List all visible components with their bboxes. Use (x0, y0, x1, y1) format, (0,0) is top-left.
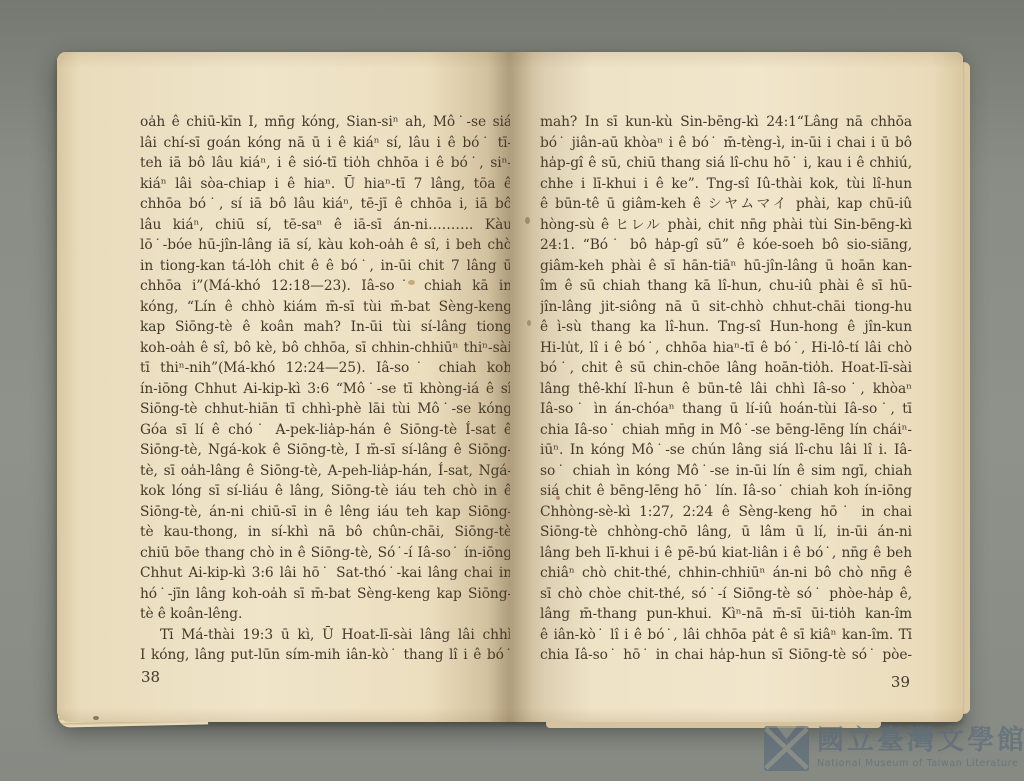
watermark-title-zh: 國立臺灣文學館 (817, 725, 1024, 757)
text-line: Siōng-tè chhut-hiān tī chhì-phè lāi tùi … (140, 399, 512, 420)
text-line: bó˙ jiân-aū khòaⁿ i ê bó˙ m̄-tèng-ì, in-… (540, 133, 912, 154)
text-line: lō˙-bóe hū-jîn-lâng iā sí, kàu koh-oa̍h … (140, 235, 512, 256)
text-line: lâi chí-sī goán kóng nā ū i ê kiáⁿ sí, l… (140, 133, 512, 154)
nmtl-watermark: 國立臺灣文學館 National Museum of Taiwan Litera… (764, 725, 1024, 772)
nmtl-watermark-text: 國立臺灣文學館 National Museum of Taiwan Litera… (817, 725, 1024, 769)
text-line: chhōa i”(Má-khó 12:18—23). Iâ-so˙ chiah … (140, 276, 512, 297)
text-line: 24:1. “Bó˙ bô ha̍p-gî sū” ê kóe-soeh bô … (540, 235, 912, 256)
text-line: tè kau-thong, in sí-khì nā bô chûn-chāi,… (140, 522, 512, 543)
text-line: Siōng-tè chhòng-chō lâng, ū lâm ū lí, in… (540, 522, 912, 543)
text-line: îm ê sū chiah thang kā lî-hun, chu-iû ph… (540, 276, 912, 297)
page-38: oa̍h ê chiū-kīn I, mn̄g kóng, Sian-siⁿ a… (57, 52, 510, 722)
text-line: sī chò chòe chit-thé, só˙-í Siōng-tè só˙… (540, 584, 912, 605)
text-line: tè, sī oa̍h-lâng ê Siōng-tè, A-peh-lia̍p… (140, 461, 512, 482)
page-number-38: 38 (141, 668, 160, 686)
text-line: tè ê koân-lêng. (140, 604, 512, 625)
text-line: ín-iōng Chhut Ai-kip-kì 3:6 “Mô˙-se tī k… (140, 379, 512, 400)
text-line: lâng m̄-thang pun-khui. Kìⁿ-nā m̄-sī ūi-… (540, 604, 912, 625)
text-line: chiū bōe thang chò in ê Siōng-tè, Só˙-í … (140, 543, 512, 564)
text-line: tī thiⁿ-nih”(Má-khó 12:24—25). Iâ-so˙ ch… (140, 358, 512, 379)
text-line: lâu kiáⁿ, chiū sí, tē-saⁿ ê iā-sī án-ni…… (140, 215, 512, 236)
text-line: Chhòng-sè-kì 1:27, 2:24 ê Sèng-keng hō˙ … (540, 502, 912, 523)
page-number-39: 39 (891, 673, 910, 691)
text-line: in tiong-kan tá-lo̍h chit ê ê bó˙, in-ūi… (140, 256, 512, 277)
text-line: lâng beh lī-khui i ê pē-bú kiat-liân i ê… (540, 543, 912, 564)
text-line: ê būn-tê ū giâm-keh ê シヤムマイ phài, kap ch… (540, 194, 912, 215)
photograph-background: oa̍h ê chiū-kīn I, mn̄g kóng, Sian-siⁿ a… (0, 0, 1024, 781)
text-line: lâng thê-khí lî-hun ê būn-tê lâi chhì Iâ… (540, 379, 912, 400)
text-line: Siōng-tè, án-ni chiū-sī in ê lêng iáu te… (140, 502, 512, 523)
page-38-text: oa̍h ê chiū-kīn I, mn̄g kóng, Sian-siⁿ a… (140, 112, 512, 666)
text-line: oa̍h ê chiū-kīn I, mn̄g kóng, Sian-siⁿ a… (140, 112, 512, 133)
text-line: giâm-keh phài ê sī hān-tiāⁿ hū-jîn-lâng … (540, 256, 912, 277)
text-line: mah? In sī kun-kù Sin-bēng-kì 24:1“Lâng … (540, 112, 912, 133)
text-line: siá chit ê bēng-lēng hō˙ lín. Iâ-so˙ chi… (540, 481, 912, 502)
text-line: ha̍p-gî ê sū, chiū thang siá lî-chu hō˙ … (540, 153, 912, 174)
text-line: chiâⁿ chò chit-thé, chhin-chhiūⁿ án-ni b… (540, 563, 912, 584)
text-line: iūⁿ. In kóng Mô˙-se chún lâng siá lî-chu… (540, 440, 912, 461)
nmtl-logo-icon (764, 725, 809, 772)
text-line: koh-oa̍h ê sî, bô kè, bô chhōa, sī chhin… (140, 338, 512, 359)
text-line: jîn-lâng jit-siông nā ū sit-chhò chhut-c… (540, 297, 912, 318)
text-line: kok lóng sī sí-liáu ê lâng, Siōng-tè iáu… (140, 481, 512, 502)
text-line: hó˙-jīn lâng koh-oa̍h sī m̄-bat Sèng-ken… (140, 584, 512, 605)
text-line: chhe i lī-khui i ê ke”. Tng-sî Iû-thài k… (540, 174, 912, 195)
text-line: Iâ-so˙ ìn án-chóaⁿ thang ū lí-iû hoán-tù… (540, 399, 912, 420)
text-line: teh iā bô lâu kiáⁿ, i ê sió-tī tio̍h chh… (140, 153, 512, 174)
text-line: Chhut Ai-kip-kì 3:6 lâi hō˙ Sat-thó˙-kai… (140, 563, 512, 584)
text-line: Hi-lu̍t, lî i ê bó˙, chhōa hiaⁿ-tī ê bó˙… (540, 338, 912, 359)
text-line: chhōa bó˙, sí iā bô lâu kiáⁿ, tē-jī ê ch… (140, 194, 512, 215)
text-line: kóng, “Lín ê chhò kiám m̄-sī tùi m̄-bat … (140, 297, 512, 318)
text-line: chia Iâ-so˙ hō˙ in chai ha̍p-hun sī Siōn… (540, 645, 912, 666)
text-line: chia Iâ-so˙ chiah mn̄g in Mô˙-se bēng-lē… (540, 420, 912, 441)
text-line: I kóng, lâng put-lūn sím-mih iân-kò˙ tha… (140, 645, 512, 666)
text-line: so˙ chiah ìn kóng Mô˙-se in-ūi lín ê sim… (540, 461, 912, 482)
text-line: bó˙, chit ê sū chin-chōe lâng hoān-tio̍h… (540, 358, 912, 379)
text-line: Siōng-tè, Ngá-kok ê Siōng-tè, I m̄-sī sí… (140, 440, 512, 461)
text-line: Tī Má-thài 19:3 ū kì, Ū Hoat-lī-sài lâng… (140, 625, 512, 646)
text-line: Góa sī lí ê chó˙ A-pek-lia̍p-hán ê Siōng… (140, 420, 512, 441)
watermark-subtitle-en: National Museum of Taiwan Literature (817, 758, 1024, 769)
page-39-text: mah? In sī kun-kù Sin-bēng-kì 24:1“Lâng … (540, 112, 912, 666)
open-book: oa̍h ê chiū-kīn I, mn̄g kóng, Sian-siⁿ a… (57, 52, 963, 722)
page-39: mah? In sī kun-kù Sin-bēng-kì 24:1“Lâng … (510, 52, 963, 722)
text-line: ê iân-kò˙ lî i ê bó˙, lâi chhōa pa̍t ê s… (540, 625, 912, 646)
text-line: kap Siōng-tè ê koân mah? In-ūi tùi sí-lâ… (140, 317, 512, 338)
text-line: ê ì-sù thang ka lî-hun. Tng-sî Hun-hong … (540, 317, 912, 338)
text-line: kiáⁿ lâi sòa-chiap i ê hiaⁿ. Ū hiaⁿ-tī 7… (140, 174, 512, 195)
text-line: hòng-sù ê ヒレル phài, chit nn̄g phài tùi S… (540, 215, 912, 236)
